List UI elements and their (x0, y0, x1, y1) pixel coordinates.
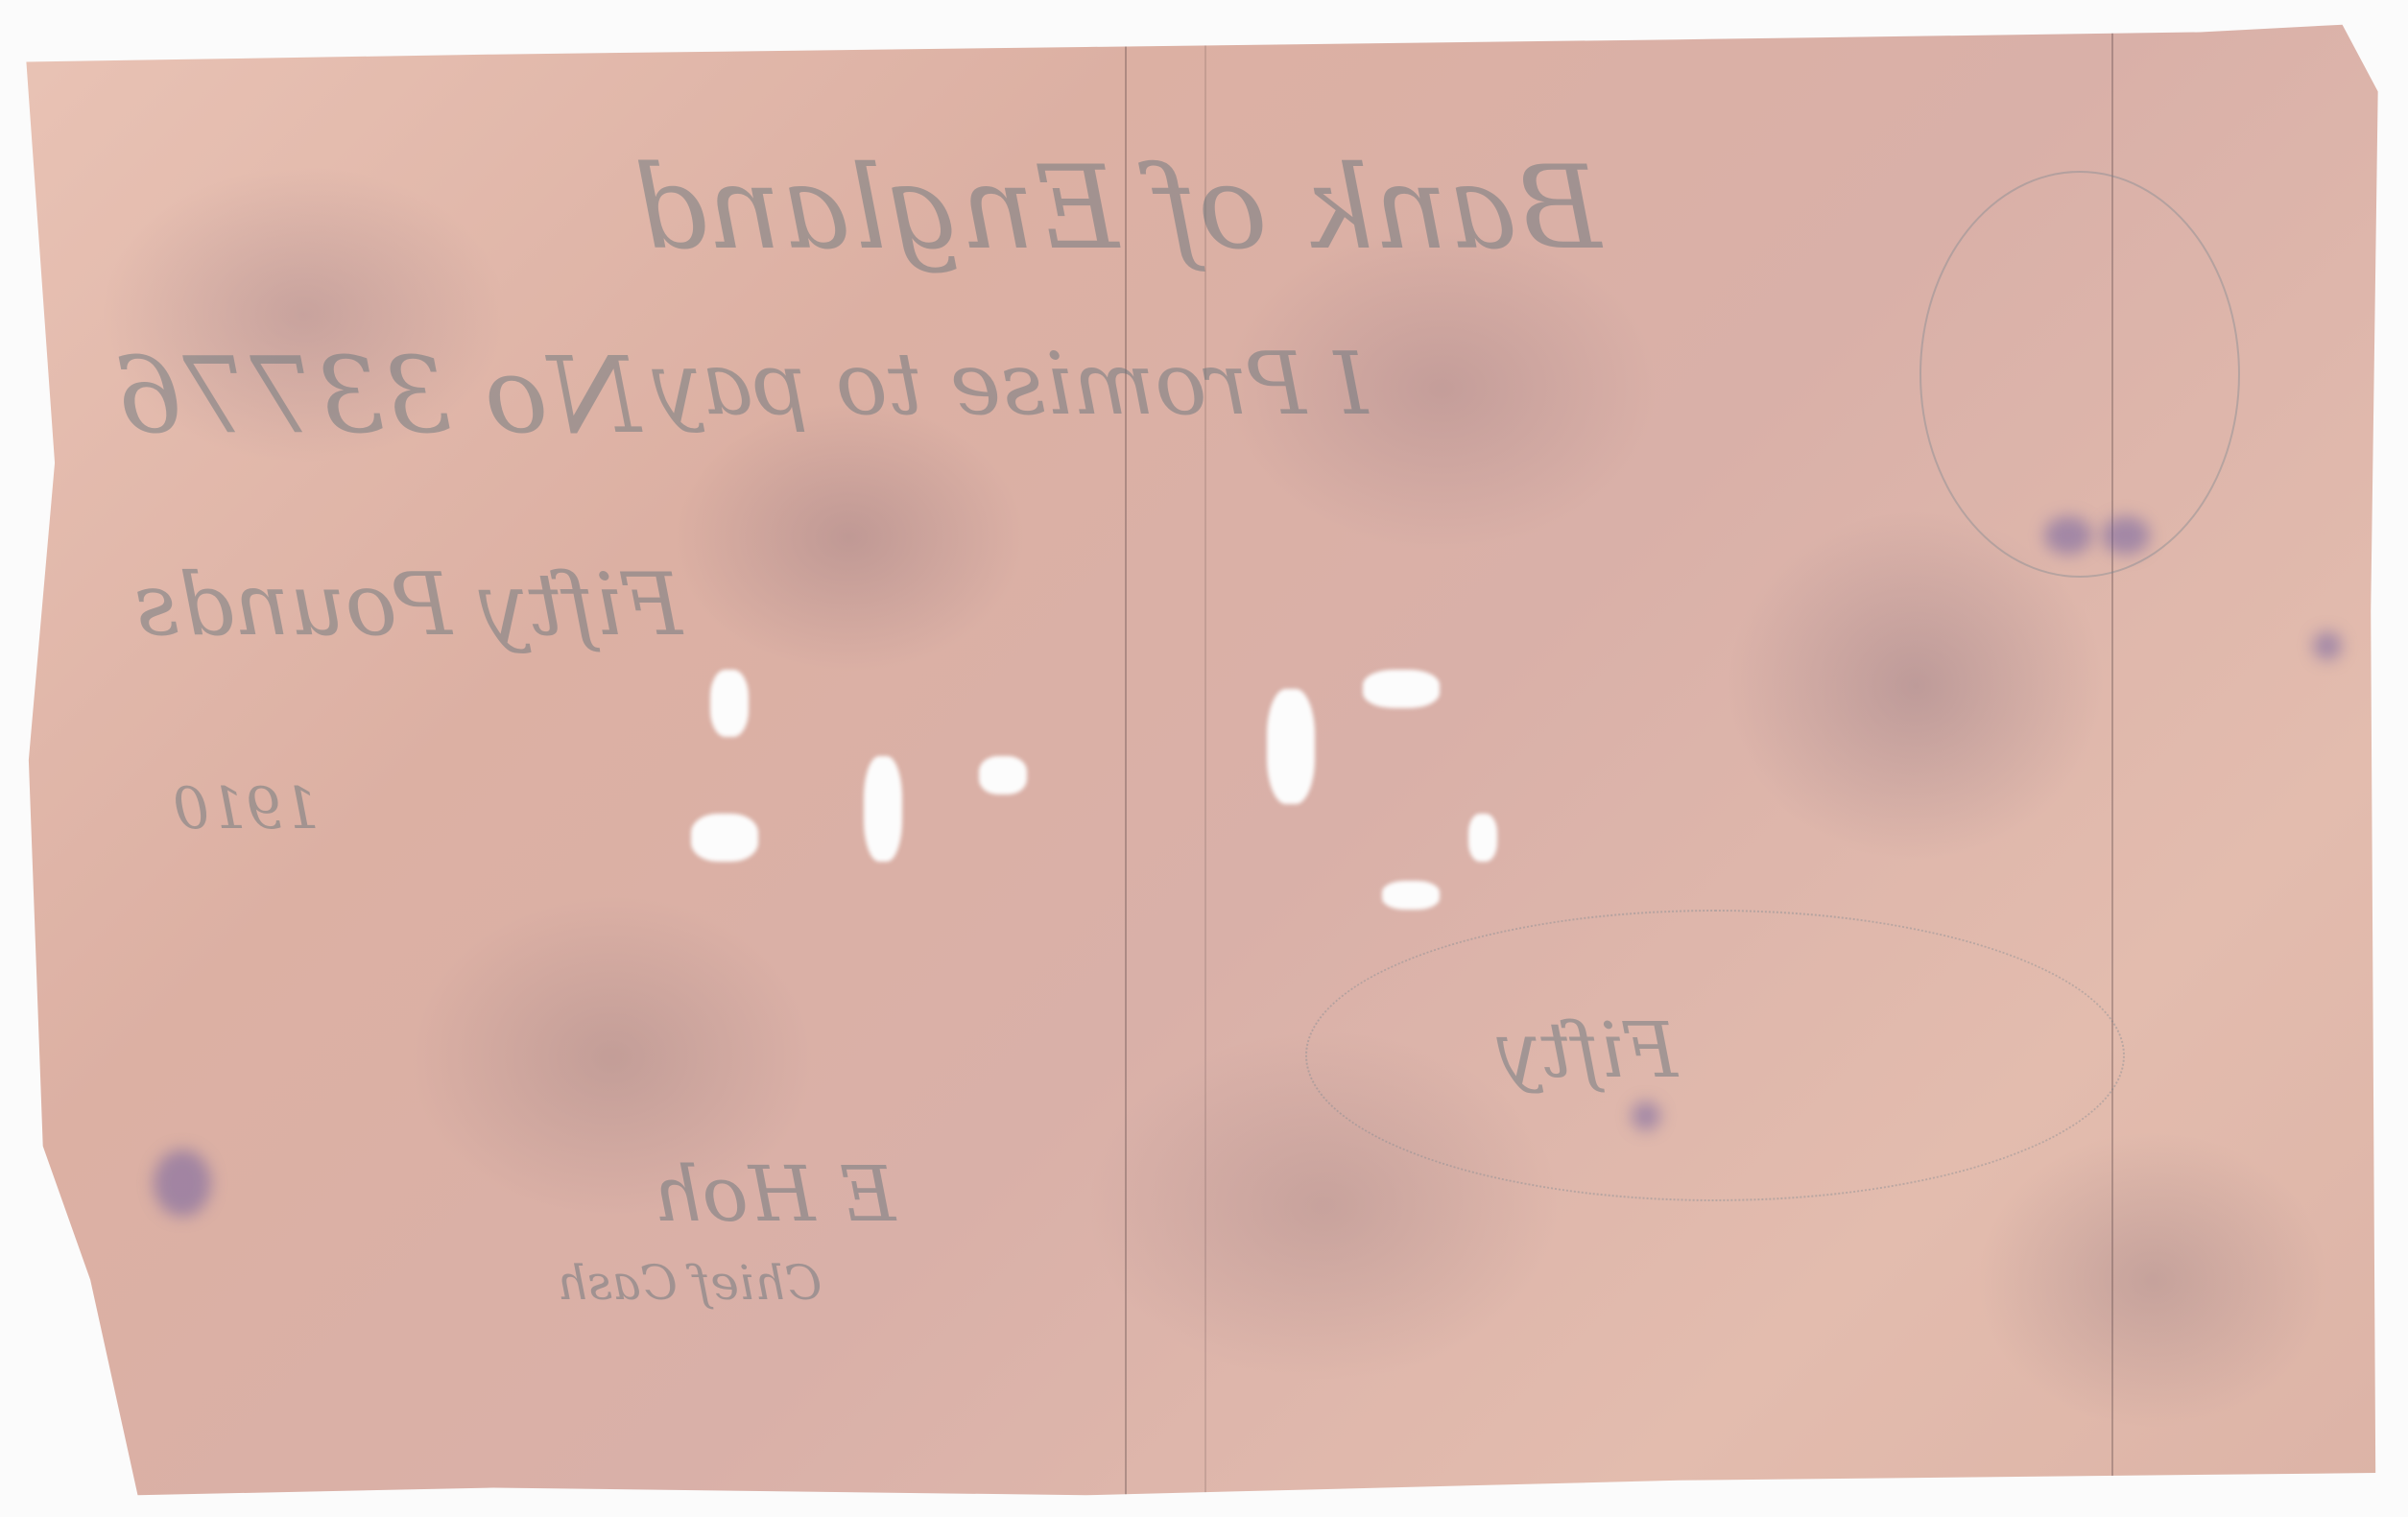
paper-hole (1267, 689, 1315, 804)
paper-hole (864, 756, 902, 862)
serial-number-mirrored: No 33776 (115, 334, 640, 457)
paper-hole (979, 756, 1027, 794)
ink-blot (1632, 1102, 1660, 1130)
paper-hole (710, 670, 749, 737)
crest-vignette (1919, 171, 2240, 578)
paper-hole (1363, 670, 1440, 708)
paper-hole (1382, 881, 1440, 910)
bank-heading-mirrored: Bank of England (633, 142, 1601, 275)
ink-blot (2044, 516, 2092, 555)
ornamental-vignette (1305, 910, 2125, 1201)
ink-blot (2313, 631, 2342, 660)
signature-title-mirrored: Chief Cash (557, 1255, 822, 1311)
vignette-label-mirrored: Fifty (1497, 1006, 1678, 1095)
ink-blot (154, 1150, 211, 1217)
signature-mirrored: E Hoh (653, 1150, 895, 1239)
banknote-reverse: Bank of England No 33776 I Promise to pa… (19, 17, 2390, 1503)
amount-mirrored: Fifty Pounds (134, 555, 682, 655)
paper-hole (691, 814, 758, 862)
paper-hole (1468, 814, 1497, 862)
promise-line-mirrored: I Promise to pay (653, 334, 1368, 435)
date-mirrored: 1910 (173, 775, 320, 842)
ink-blot (2102, 516, 2150, 555)
